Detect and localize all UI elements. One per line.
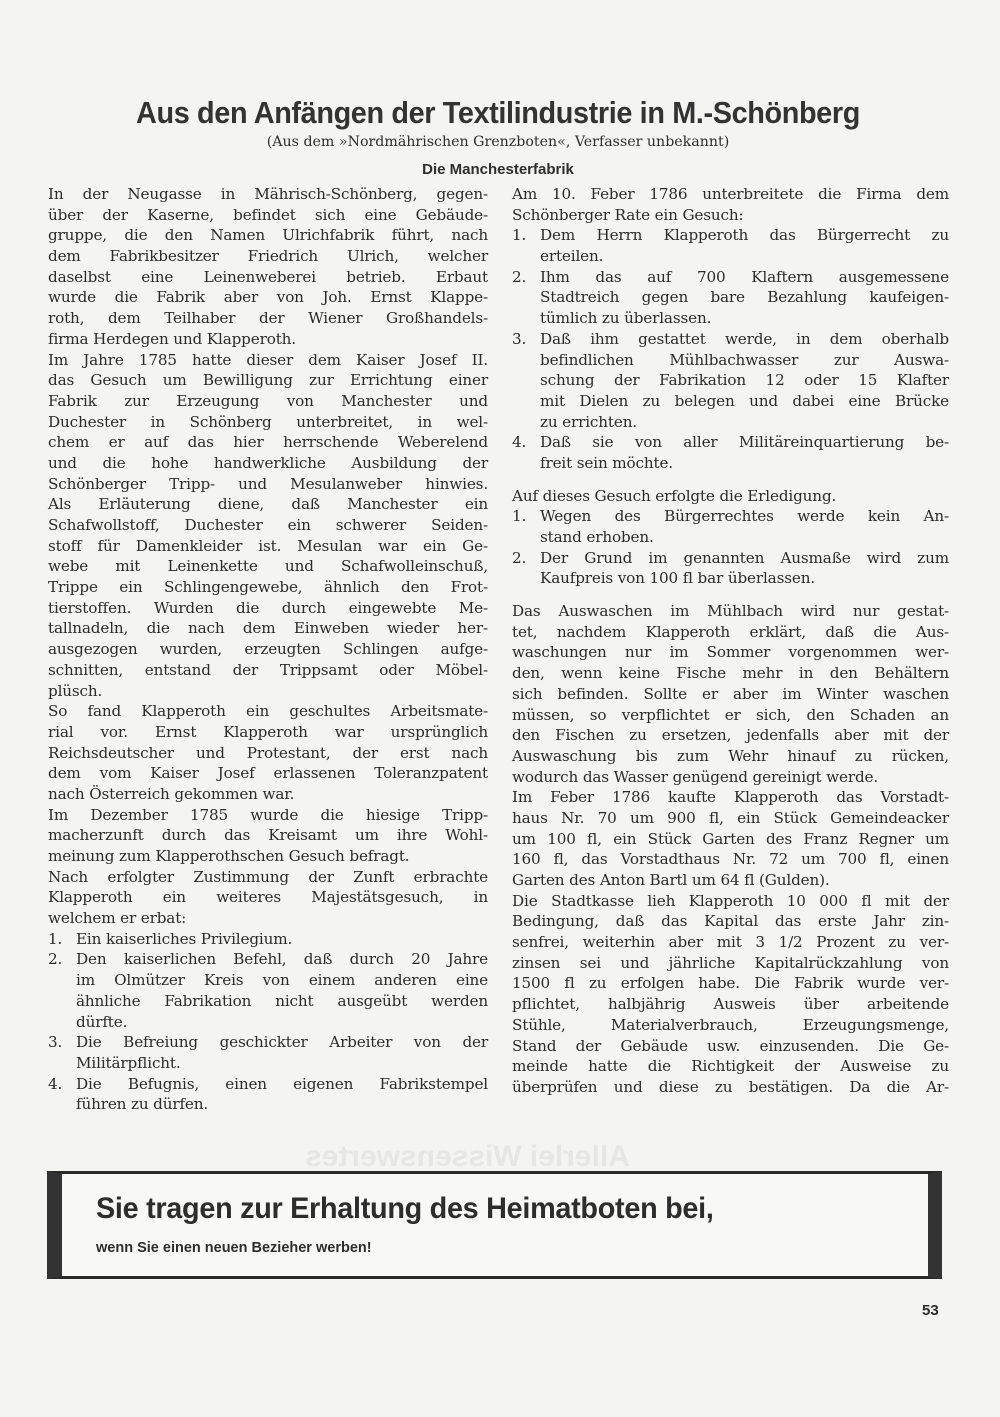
text-line: dem Fabrikbesitzer Friedrich Ulrich, wel… [48,246,488,267]
text-line: firma Herdegen und Klapperoth. [48,329,488,350]
text-line: wurde die Fabrik aber von Joh. Ernst Kla… [48,287,488,308]
text-line: Auswaschung bis zum Wehr hinauf zu rücke… [512,746,949,767]
text-line: Reichsdeutscher und Protestant, der erst… [48,743,488,764]
text-line: Schafwollstoff, Duchester ein schwerer S… [48,515,488,536]
article-source: (Aus dem »Nordmährischen Grenzboten«, Ve… [48,132,948,152]
list-item: 4.Daß sie von aller Militäreinquartierun… [512,432,949,453]
text-line: Stühle, Materialverbrauch, Erzeugungsmen… [512,1015,949,1036]
text-line: rial vor. Ernst Klapperoth war ursprüngl… [48,722,488,743]
text-line: webe mit Leinenkette und Schafwolleinsch… [48,556,488,577]
text-line: daselbst eine Leinenweberei betrieb. Erb… [48,267,488,288]
text-line: wodurch das Wasser genügend gereinigt we… [512,767,949,788]
list-item: 1.Dem Herrn Klapperoth das Bürgerrecht z… [512,225,949,246]
list-item: 2.Den kaiserlichen Befehl, daß durch 20 … [48,949,488,970]
magazine-page: Aus den Anfängen der Textilindustrie in … [0,0,1000,1417]
paragraph-purchases: Im Feber 1786 kaufte Klapperoth das Vors… [512,787,949,890]
text-line: und die hohe handwerkliche Ausbildung de… [48,453,488,474]
right-column: Am 10. Feber 1786 unterbreitete die Firm… [512,184,949,1098]
text-line: sich befinden. Sollte er aber im Winter … [512,684,949,705]
text-line: roth, dem Teilhaber der Wiener Großhande… [48,308,488,329]
paragraph-klapperoth-background: So fand Klapperoth ein geschultes Arbeit… [48,701,488,804]
text-line: haus Nr. 70 um 900 fl, ein Stück Gemeind… [512,808,949,829]
text-line: meinde hatte die Richtigkeit der Ausweis… [512,1056,949,1077]
list-item: 2.Der Grund im genannten Ausmaße wird zu… [512,548,949,569]
bleed-through-text: Allerlei Wissenswertes [305,1140,630,1174]
text-line: 160 fl, das Vorstadthaus Nr. 72 um 700 f… [512,849,949,870]
paragraph-decision: Auf dieses Gesuch erfolgte die Erledigun… [512,486,949,589]
text-line: schnitten, entstand der Trippsamt oder M… [48,660,488,681]
list-item-continuation: schung der Fabrikation 12 oder 15 Klafte… [512,370,949,391]
text-line: welchem er erbat: [48,908,488,929]
paragraph-loan: Die Stadtkasse lieh Klapperoth 10 000 fl… [512,891,949,1098]
promo-subline: wenn Sie einen neuen Bezieher werben! [96,1240,372,1256]
list-item-continuation: freit sein möchte. [512,453,949,474]
text-line: tet, nachdem Klapperoth erklärt, daß die… [512,622,949,643]
text-line: gruppe, die den Namen Ulrichfabrik führt… [48,225,488,246]
text-line: In der Neugasse in Mährisch-Schönberg, g… [48,184,488,205]
text-line: waschungen nur im Sommer vorgenommen wer… [512,642,949,663]
list-item-continuation: ähnliche Fabrikation nicht ausgeübt werd… [48,991,488,1012]
spacer [512,589,949,601]
text-line: das Gesuch um Bewilligung zur Errichtung… [48,370,488,391]
paragraph-majesty-petition: Nach erfolgter Zustimmung der Zunft erbr… [48,867,488,929]
list-item-continuation: zu errichten. [512,412,949,433]
list-item-continuation: Kaufpreis von 100 fl bar überlassen. [512,568,949,589]
text-line: Duchester in Schönberg unterbreitet, in … [48,412,488,433]
text-line: Schönberger Rate ein Gesuch: [512,205,949,226]
text-line: senfrei, weiterhin aber mit 3 1/2 Prozen… [512,932,949,953]
list-item: 1.Wegen des Bürgerrechtes werde kein An- [512,506,949,527]
text-line: Fabrik zur Erzeugung von Manchester und [48,391,488,412]
text-line: Stand der Gebäude usw. einzusenden. Die … [512,1036,949,1057]
text-line: Nach erfolgter Zustimmung der Zunft erbr… [48,867,488,888]
text-line: plüsch. [48,681,488,702]
list-item-continuation: tümlich zu überlassen. [512,308,949,329]
left-column: In der Neugasse in Mährisch-Schönberg, g… [48,184,488,1115]
list-item: 3.Die Befreiung geschickter Arbeiter von… [48,1032,488,1053]
text-line: Die Stadtkasse lieh Klapperoth 10 000 fl… [512,891,949,912]
article-title: Aus den Anfängen der Textilindustrie in … [80,93,917,133]
text-line: müssen, so verpflichtet er sich, den Sch… [512,705,949,726]
text-line: um 100 fl, ein Stück Garten des Franz Re… [512,829,949,850]
text-line: Im Dezember 1785 wurde die hiesige Tripp… [48,805,488,826]
text-line: So fand Klapperoth ein geschultes Arbeit… [48,701,488,722]
text-line: pflichtet, halbjährig Ausweis über arbei… [512,994,949,1015]
text-line: überprüfen und diese zu bestätigen. Da d… [512,1077,949,1098]
list-item-continuation: stand erhoben. [512,527,949,548]
text-line: 1500 fl zu erfolgen habe. Die Fabrik wur… [512,973,949,994]
text-line: ausgezogen wurden, erzeugten Schlingen a… [48,639,488,660]
page-number: 53 [922,1302,939,1319]
list-item-continuation: führen zu dürfen. [48,1094,488,1115]
text-line: Auf dieses Gesuch erfolgte die Erledigun… [512,486,949,507]
list-item: 1.Ein kaiserliches Privilegium. [48,929,488,950]
list-item: 4.Die Befugnis, einen eigenen Fabrikstem… [48,1074,488,1095]
text-line: Klapperoth ein weiteres Majestätsgesuch,… [48,887,488,908]
list-item-continuation: Stadtreich gegen bare Bezahlung kaufeige… [512,287,949,308]
text-line: Am 10. Feber 1786 unterbreitete die Firm… [512,184,949,205]
text-line: zinsen sei und jährliche Kapitalrückzahl… [512,953,949,974]
text-line: Im Jahre 1785 hatte dieser dem Kaiser Jo… [48,350,488,371]
text-line: chem er auf das hier herrschende Weberel… [48,432,488,453]
promo-headline: Sie tragen zur Erhaltung des Heimatboten… [96,1192,714,1226]
list-item: 3.Daß ihm gestattet werde, in dem oberha… [512,329,949,350]
list-item: 2.Ihm das auf 700 Klaftern ausgemessene [512,267,949,288]
spacer [512,474,949,486]
text-line: Das Auswaschen im Mühlbach wird nur gest… [512,601,949,622]
text-line: Trippe ein Schlingengewebe, ähnlich den … [48,577,488,598]
text-line: über der Kaserne, befindet sich eine Geb… [48,205,488,226]
text-line: macherzunft durch das Kreisamt um ihre W… [48,825,488,846]
numbered-list-requests: 1.Ein kaiserliches Privilegium. 2.Den ka… [48,929,488,1115]
list-item-continuation: dürfte. [48,1012,488,1033]
text-line: stoff für Damenkleider ist. Mesulan war … [48,536,488,557]
text-line: Garten des Anton Bartl um 64 fl (Gulden)… [512,870,949,891]
section-subheading: Die Manchesterfabrik [48,160,948,180]
list-item-continuation: mit Dielen zu belegen und dabei eine Brü… [512,391,949,412]
list-item-continuation: befindlichen Mühlbachwasser zur Auswa- [512,350,949,371]
text-line: den, wenn keine Fische mehr in den Behäl… [512,663,949,684]
list-item-continuation: Militärpflicht. [48,1053,488,1074]
list-item-continuation: erteilen. [512,246,949,267]
paragraph-intro: In der Neugasse in Mährisch-Schönberg, g… [48,184,488,350]
text-line: meinung zum Klapperothschen Gesuch befra… [48,846,488,867]
text-line: den Fischen zu ersetzen, jedenfalls aber… [512,725,949,746]
text-line: Als Erläuterung diene, daß Manchester ei… [48,494,488,515]
paragraph-1786-petition: Am 10. Feber 1786 unterbreitete die Firm… [512,184,949,225]
paragraph-petition-1785: Im Jahre 1785 hatte dieser dem Kaiser Jo… [48,350,488,702]
text-line: nach Österreich gekommen war. [48,784,488,805]
text-line: Bedingung, daß das Kapital das erste Jah… [512,911,949,932]
list-item-continuation: im Olmützer Kreis von einem anderen eine [48,970,488,991]
text-line: tallnadeln, die nach dem Einweben wieder… [48,618,488,639]
paragraph-washing: Das Auswaschen im Mühlbach wird nur gest… [512,601,949,787]
paragraph-guild-consultation: Im Dezember 1785 wurde die hiesige Tripp… [48,805,488,867]
text-line: Schönberger Tripp- und Mesulanweber hinw… [48,474,488,495]
numbered-list-council-requests: 1.Dem Herrn Klapperoth das Bürgerrecht z… [512,225,949,473]
text-line: dem vom Kaiser Josef erlassenen Toleranz… [48,763,488,784]
text-line: tierstoffen. Wurden die durch eingewebte… [48,598,488,619]
text-line: Im Feber 1786 kaufte Klapperoth das Vors… [512,787,949,808]
subscription-promo-box: Sie tragen zur Erhaltung des Heimatboten… [47,1171,942,1279]
